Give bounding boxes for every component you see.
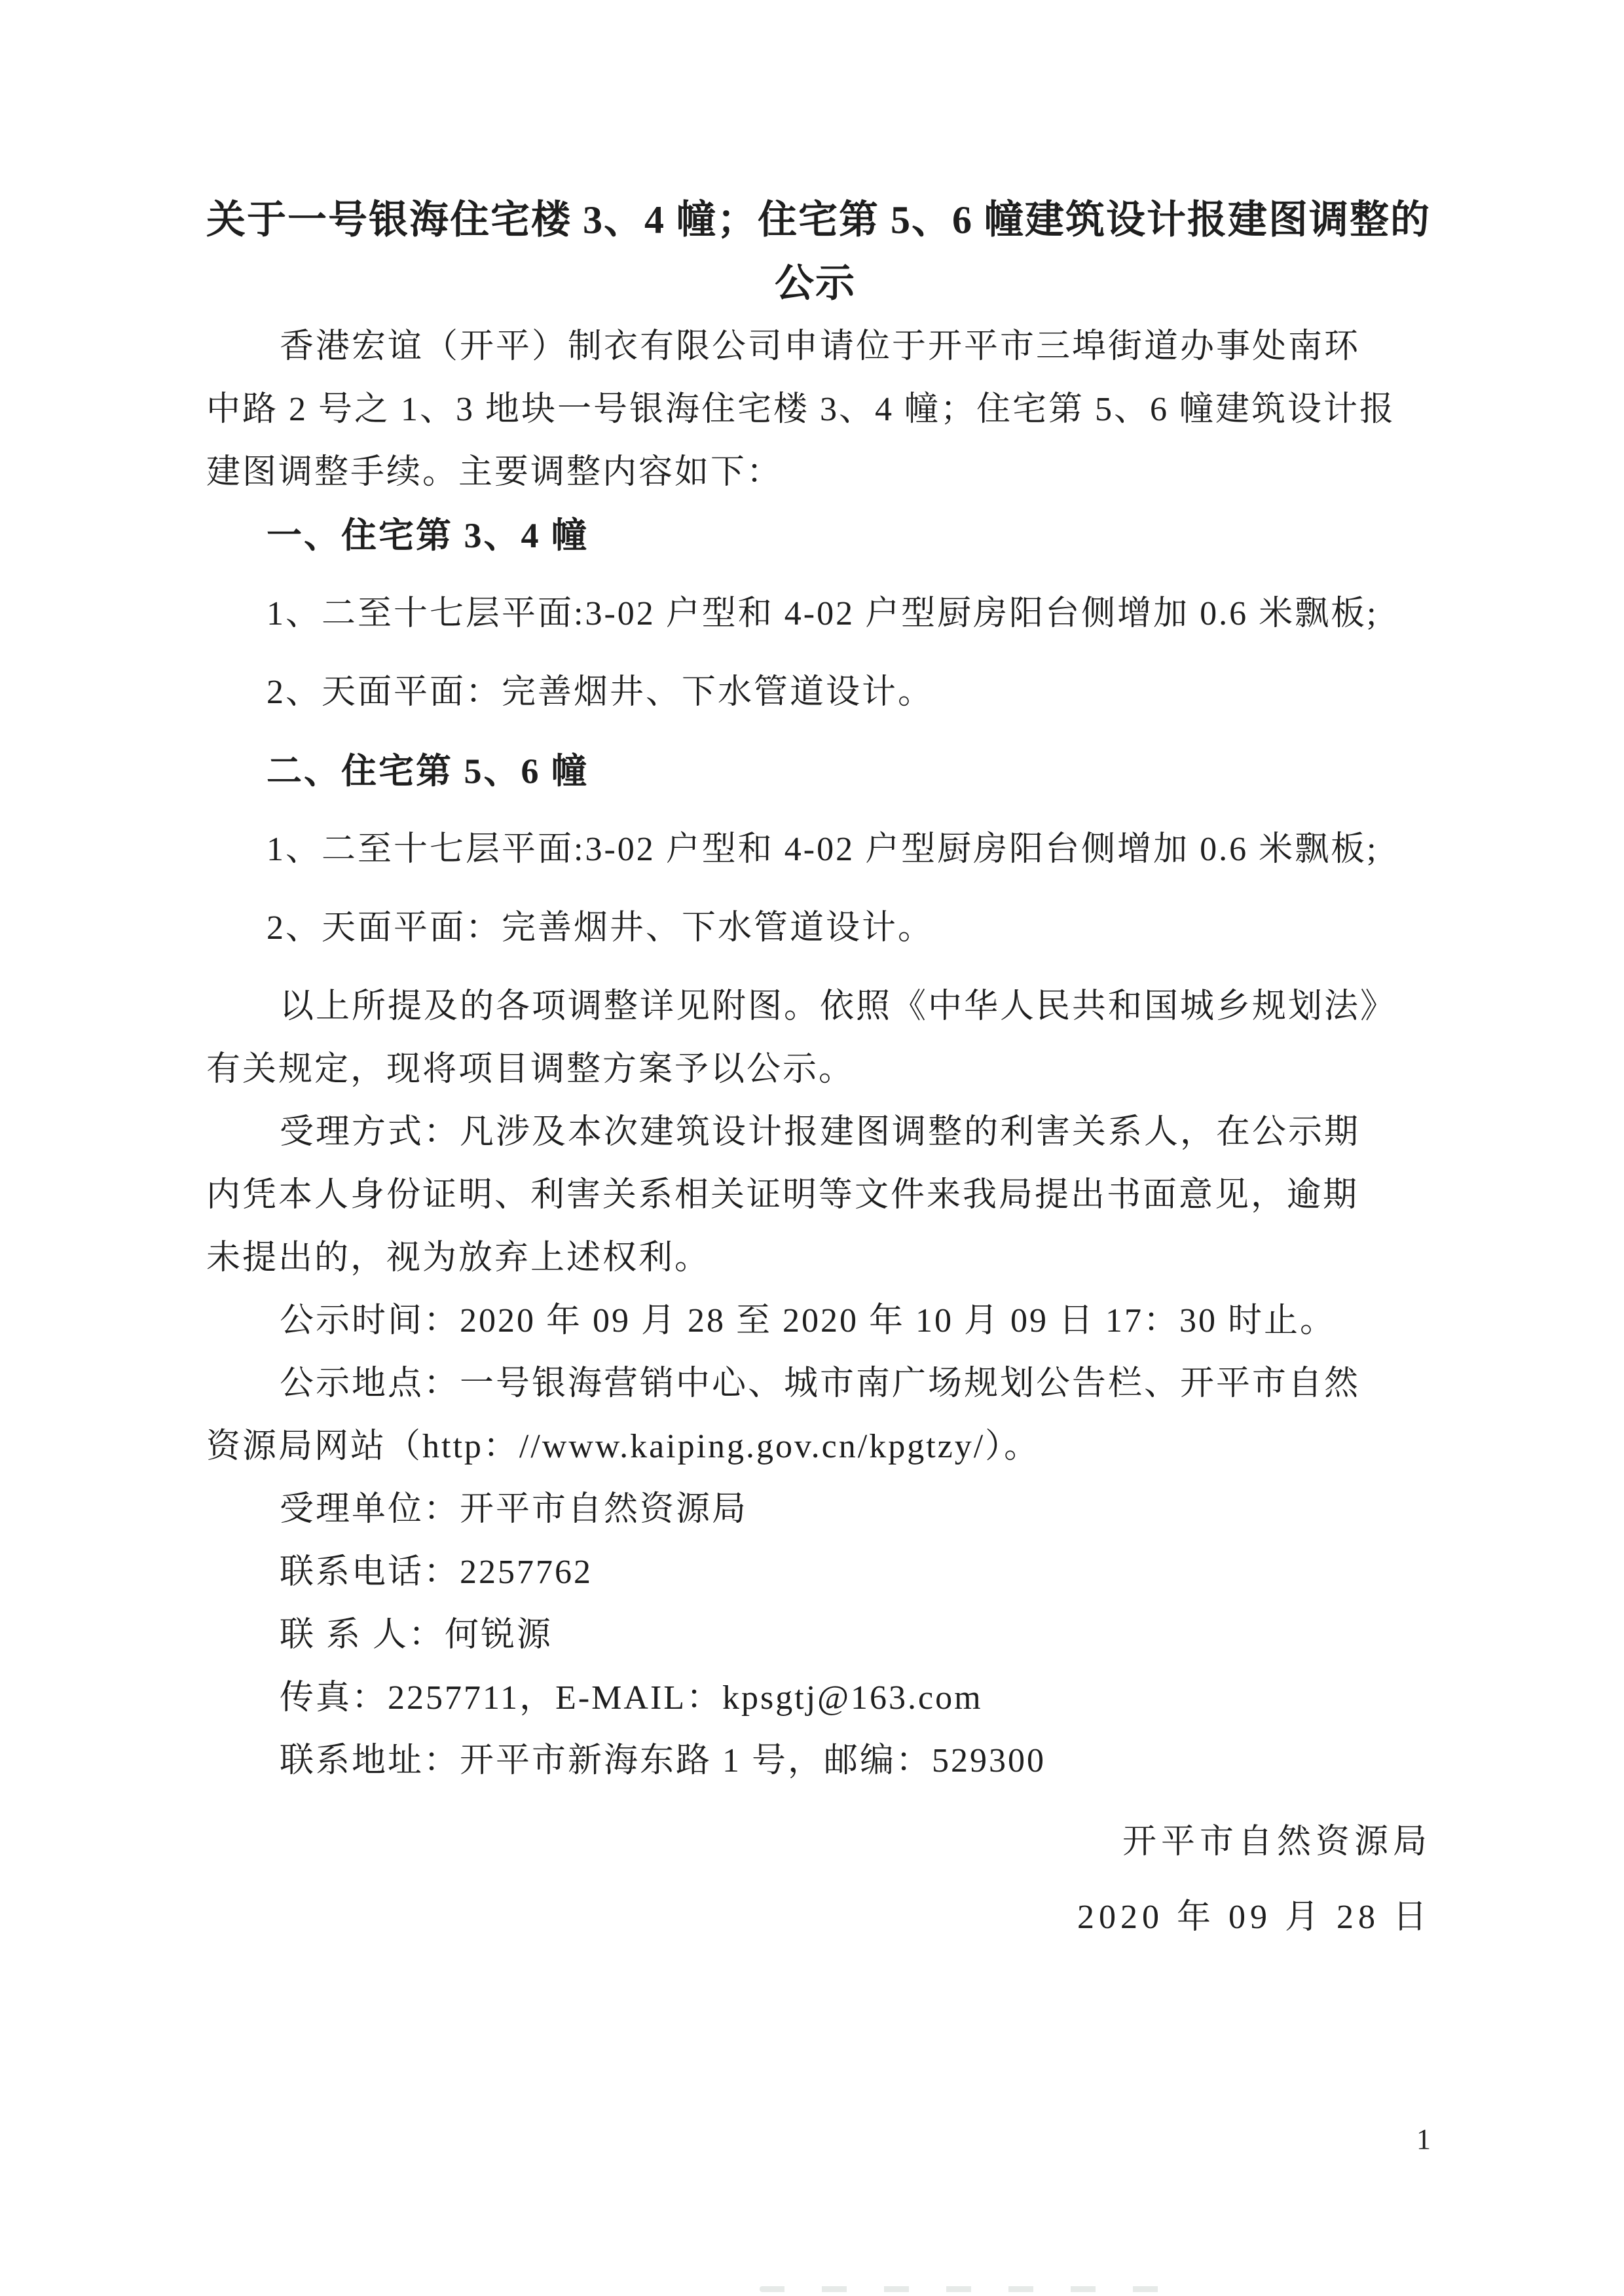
scan-artifact [760,2286,1185,2292]
notice-title-line-1: 关于一号银海住宅楼 3、4 幢；住宅第 5、6 幢建筑设计报建图调整的 [206,189,1424,252]
page-number: 1 [1416,2120,1431,2159]
notice-title-line-2: 公示 [206,252,1424,316]
contact-person-line: 联 系 人：何锐源 [206,1604,1460,1667]
section-2-item-2: 2、天面平面：完善烟井、下水管道设计。 [206,897,1460,960]
signature-organization: 开平市自然资源局 [206,1811,1431,1874]
acceptance-line-3: 未提出的，视为放弃上述权利。 [206,1227,1460,1290]
section-1-item-2: 2、天面平面：完善烟井、下水管道设计。 [206,661,1460,724]
intro-line-2: 中路 2 号之 1、3 地块一号银海住宅楼 3、4 幢；住宅第 5、6 幢建筑设… [206,378,1460,441]
section-2-item-1: 1、二至十七层平面:3-02 户型和 4-02 户型厨房阳台侧增加 0.6 米飘… [206,818,1460,881]
notice-title: 关于一号银海住宅楼 3、4 幢；住宅第 5、6 幢建筑设计报建图调整的 公示 [206,189,1424,316]
intro-line-3: 建图调整手续。主要调整内容如下： [206,441,1460,504]
contact-fax-email-line: 传真：2257711，E-MAIL：kpsgtj@163.com [206,1667,1460,1730]
contact-unit-line: 受理单位：开平市自然资源局 [206,1478,1460,1541]
acceptance-line-1: 受理方式：凡涉及本次建筑设计报建图调整的利害关系人，在公示期 [206,1101,1460,1164]
intro-line-1: 香港宏谊（开平）制衣有限公司申请位于开平市三埠街道办事处南环 [206,316,1460,378]
legal-line-2: 有关规定，现将项目调整方案予以公示。 [206,1038,1460,1101]
publicity-place-line-1: 公示地点：一号银海营销中心、城市南广场规划公告栏、开平市自然 [206,1353,1460,1415]
publicity-place-line-2: 资源局网站（http：//www.kaiping.gov.cn/kpgtzy/）… [206,1415,1460,1478]
section-2-heading: 二、住宅第 5、6 幢 [206,740,1460,803]
contact-address-line: 联系地址：开平市新海东路 1 号，邮编：529300 [206,1730,1460,1793]
acceptance-line-2: 内凭本人身份证明、利害关系相关证明等文件来我局提出书面意见，逾期 [206,1164,1460,1227]
contact-phone-line: 联系电话：2257762 [206,1541,1460,1604]
publicity-time-line: 公示时间：2020 年 09 月 28 至 2020 年 10 月 09 日 1… [206,1290,1460,1353]
notice-page: 关于一号银海住宅楼 3、4 幢；住宅第 5、6 幢建筑设计报建图调整的 公示 香… [0,0,1624,2296]
section-1-item-1: 1、二至十七层平面:3-02 户型和 4-02 户型厨房阳台侧增加 0.6 米飘… [206,583,1460,646]
signature-date: 2020 年 09 月 28 日 [206,1886,1431,1949]
legal-line-1: 以上所提及的各项调整详见附图。依照《中华人民共和国城乡规划法》 [206,975,1460,1038]
section-1-heading: 一、住宅第 3、4 幢 [206,504,1460,567]
